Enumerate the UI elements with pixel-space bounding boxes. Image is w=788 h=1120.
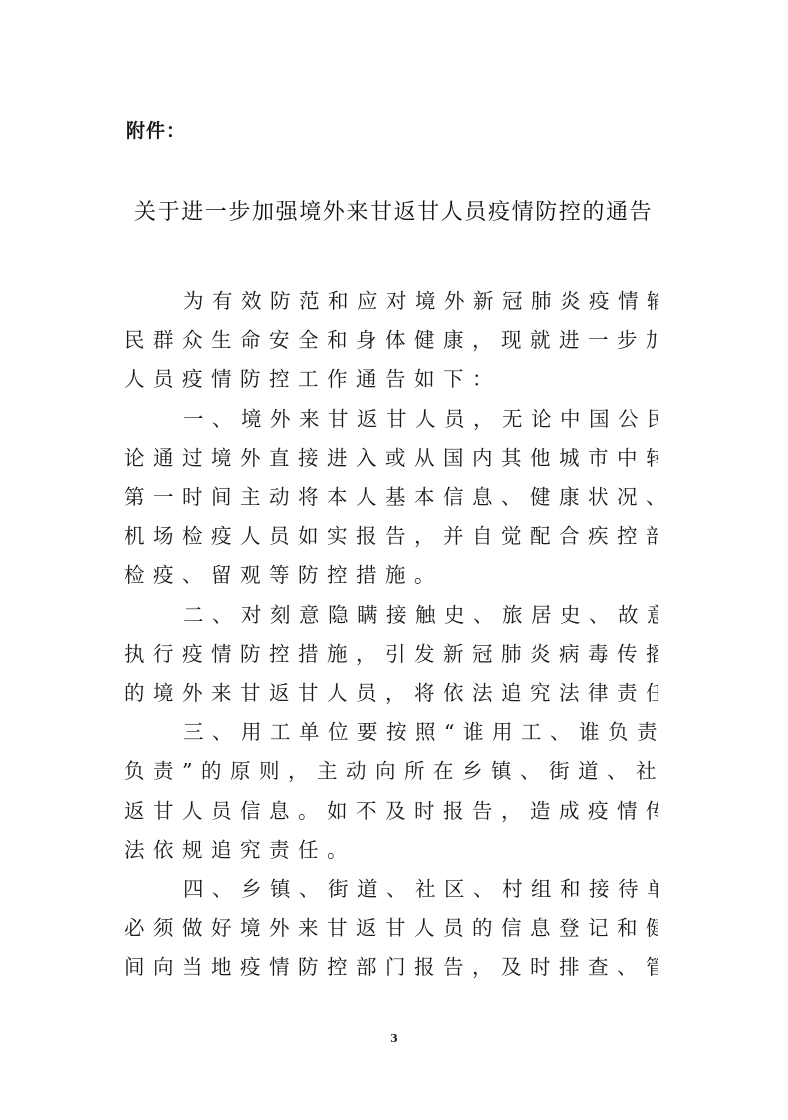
paragraph-item-4: 四、乡镇、街道、社区、村组和接待单位、宾馆酒店等 必须做好境外来甘返甘人员的信息… [124,870,658,988]
document-body: 为有效防范和应对境外新冠肺炎疫情输入，保障广大人 民群众生命安全和身体健康，现就… [124,282,658,988]
text-line: 二、对刻意隐瞒接触史、旅居史、故意谎报病情或拒不 [124,596,658,635]
text-line: 民群众生命安全和身体健康，现就进一步加强境外来甘返甘 [124,321,658,360]
text-line: 必须做好境外来甘返甘人员的信息登记和健康登记，第一时 [124,909,658,948]
document-page: 附件： 关于进一步加强境外来甘返甘人员疫情防控的通告 为有效防范和应对境外新冠肺… [0,0,788,1120]
paragraph-intro: 为有效防范和应对境外新冠肺炎疫情输入，保障广大人 民群众生命安全和身体健康，现就… [124,282,658,400]
text-line: 间向当地疫情防控部门报告，及时排查、管控入境人员并配 [124,948,658,987]
paragraph-item-3: 三、用工单位要按照“谁用工、谁负责”“谁经营、谁 负责”的原则，主动向所在乡镇、… [124,713,658,870]
text-line: 检疫、留观等防控措施。 [124,556,658,595]
text-line: 法依规追究责任。 [124,831,658,870]
text-line: 第一时间主动将本人基本信息、健康状况、活动轨迹向车站、 [124,478,658,517]
text-line: 负责”的原则，主动向所在乡镇、街道、社区报告境外来甘 [124,752,658,791]
text-line: 论通过境外直接进入或从国内其他城市中转进入我省，必须 [124,439,658,478]
text-line: 机场检疫人员如实报告，并自觉配合疾控部门严格落实检验 [124,517,658,556]
page-number: 3 [0,1032,788,1045]
text-line: 人员疫情防控工作通告如下： [124,360,658,399]
text-line: 四、乡镇、街道、社区、村组和接待单位、宾馆酒店等 [124,870,658,909]
document-title: 关于进一步加强境外来甘返甘人员疫情防控的通告 [134,198,664,228]
text-line: 执行疫情防控措施，引发新冠肺炎病毒传播或造成传播危险 [124,635,658,674]
text-line: 一、境外来甘返甘人员，无论中国公民还是外国人，无 [124,400,658,439]
text-line: 为有效防范和应对境外新冠肺炎疫情输入，保障广大人 [124,282,658,321]
paragraph-item-1: 一、境外来甘返甘人员，无论中国公民还是外国人，无 论通过境外直接进入或从国内其他… [124,400,658,596]
text-line: 的境外来甘返甘人员，将依法追究法律责任。 [124,674,658,713]
text-line: 返甘人员信息。如不及时报告，造成疫情传播风险的，将依 [124,792,658,831]
paragraph-item-2: 二、对刻意隐瞒接触史、旅居史、故意谎报病情或拒不 执行疫情防控措施，引发新冠肺炎… [124,596,658,714]
text-line: 三、用工单位要按照“谁用工、谁负责”“谁经营、谁 [124,713,658,752]
attachment-label: 附件： [126,118,186,144]
